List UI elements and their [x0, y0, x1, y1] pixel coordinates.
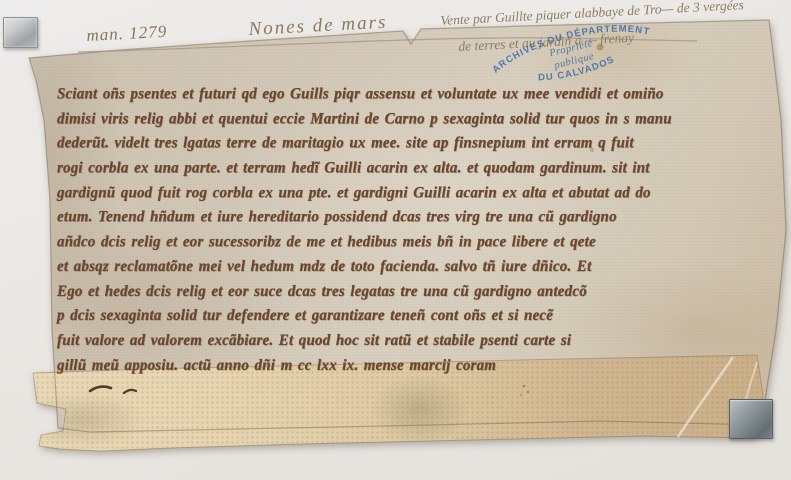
manuscript-line: Ego et hedes dcis relig et eor suce dcas… [57, 280, 749, 305]
manuscript-line: et absqz reclamatõne mei vel hedum mdz … [57, 255, 749, 280]
manuscript-line: etum. Tenend hñdum et iure hereditario p… [57, 206, 749, 231]
manuscript-text-block: Sciant oñs psentes et futuri qd ego Guil… [57, 83, 749, 379]
metal-clip-bottom-right [729, 399, 773, 439]
manuscript-line: gardignũ quod fuit rog corbla ex una pt… [57, 182, 749, 207]
metal-clip-top-left [3, 17, 38, 48]
annotation-date: man. 1279 [86, 22, 168, 46]
manuscript-line: dederũt. videlt tres lgatas terre de ma… [57, 132, 749, 157]
manuscript-line: añdco dcis relig et eor sucessoribz de m… [57, 231, 749, 256]
manuscript-line: dimisi viris relig abbi et quentui eccie… [57, 108, 749, 133]
manuscript-line: rogi corbla ex una parte. et terram hedi… [57, 157, 749, 182]
manuscript-line: p dcis sexaginta solid tur defendere et … [57, 305, 749, 330]
manuscript-line: gillũ meũ apposiu. actũ anno dñi m cc… [57, 354, 749, 379]
manuscript-line: fuit valore ad valorem excãbiare. Et qu… [57, 329, 749, 354]
archive-stamp: ARCHIVES DU DÉPARTEMENT Propriété publiq… [450, 6, 700, 106]
archival-scan-page: man. 1279 Nones de mars Vente par Guillt… [0, 0, 791, 480]
